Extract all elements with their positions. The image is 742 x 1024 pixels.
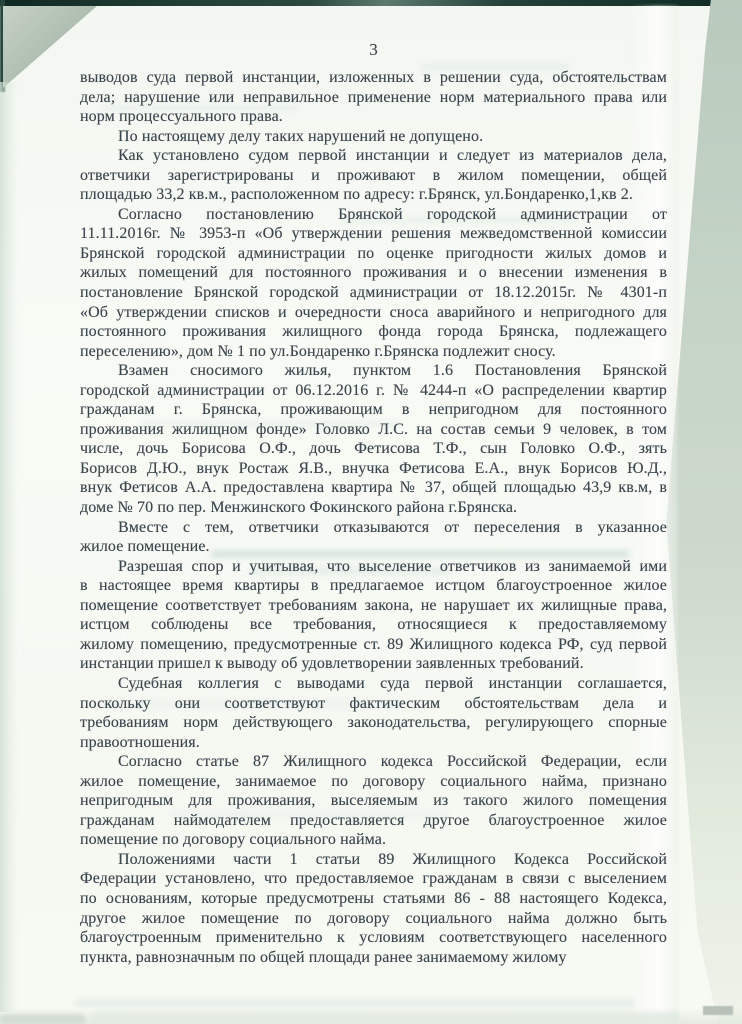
scanned-page: 3 выводов суда первой инстанции, изложен… [0,0,742,1024]
text-line: жилых помещений для постоянного проживан… [80,263,667,283]
text-line: Согласно постановлению Брянской городско… [80,205,667,225]
text-line: благоустроенным применительно к условиям… [80,928,667,948]
text-line: числе, дочь Борисова О.Ф., дочь Фетисова… [80,439,667,459]
text-line: гражданам наймодателем предоставляется д… [80,811,667,831]
text-line: в настоящее время квартиры в предлагаемо… [80,576,667,596]
text-line: Положениями части 1 статьи 89 Жилищного … [80,850,667,870]
text-line: Судебная коллегия с выводами суда первой… [80,674,667,694]
text-line: Как установлено судом первой инстанции и… [80,146,667,166]
scan-artifact-dash [703,1006,733,1015]
page-number: 3 [80,40,667,60]
bleed-through-ghost [75,999,635,1007]
text-line: поскольку они соответствуют фактическим … [80,694,667,714]
text-line: непригодным для проживания, выселяемым и… [80,791,667,811]
text-line: ответчики зарегистрированы и проживают в… [80,166,667,186]
text-line: истцом соблюдены все требования, относящ… [80,615,667,635]
text-line: гражданам г. Брянска, проживающим в непр… [80,400,667,420]
text-line: Борисов Д.Ю., внук Ростаж Я.В., внучка Ф… [80,459,667,479]
text-line: Брянской городской администрации по оцен… [80,244,667,264]
text-line: проживания жилищном фонде» Головко Л.С. … [80,420,667,440]
text-line: переселению», дом № 1 по ул.Бондаренко г… [80,342,667,362]
document-body: выводов суда первой инстанции, изложенны… [80,68,667,967]
text-line: Согласно статье 87 Жилищного кодекса Рос… [80,752,667,772]
text-line: помещение по договору социального найма. [80,830,667,850]
text-line: инстанции пришел к выводу об удовлетворе… [80,654,667,674]
text-line: помещение соответствует требованиям зако… [80,596,667,616]
text-line: площадью 33,2 кв.м., расположенном по ад… [80,185,667,205]
text-line: 11.11.2016г. № 3953-п «Об утверждении ре… [80,224,667,244]
text-line: постановление Брянской городской админис… [80,283,667,303]
text-line: постоянного проживания жилищного фонда г… [80,322,667,342]
text-line: городской администрации от 06.12.2016 г.… [80,381,667,401]
text-line: «Об утверждении списков и очередности сн… [80,303,667,323]
text-line: доме № 70 по пер. Менжинского Фокинского… [80,498,667,518]
text-line: жилое помещение, занимаемое по договору … [80,772,667,792]
text-line: жилое помещение. [80,537,667,557]
text-line: Взамен сносимого жилья, пунктом 1.6 Пост… [80,361,667,381]
text-line: дела; нарушение или неправильное примене… [80,88,667,108]
text-line: выводов суда первой инстанции, изложенны… [80,68,667,88]
text-line: По настоящему делу таких нарушений не до… [80,127,667,147]
scan-artifact-smudge [0,1014,85,1024]
text-line: Разрешая спор и учитывая, что выселение … [80,557,667,577]
text-line: внук Фетисов А.А. предоставлена квартира… [80,478,667,498]
text-line: требованиям норм действующего законодате… [80,713,667,733]
page-left-edge-shadow [0,82,18,1012]
text-line: пункта, равнозначным по общей площади ра… [80,948,667,968]
text-line: по основаниям, которые предусмотрены ста… [80,889,667,909]
text-line: норм процессуального права. [80,107,667,127]
text-line: правоотношения. [80,733,667,753]
bleed-through-ghost [90,1012,680,1020]
text-line: другое жилое помещение по договору социа… [80,909,667,929]
text-line: Вместе с тем, ответчики отказываются от … [80,518,667,538]
text-line: Федерации установлено, что предоставляем… [80,869,667,889]
text-line: жилому помещению, предусмотренные ст. 89… [80,635,667,655]
